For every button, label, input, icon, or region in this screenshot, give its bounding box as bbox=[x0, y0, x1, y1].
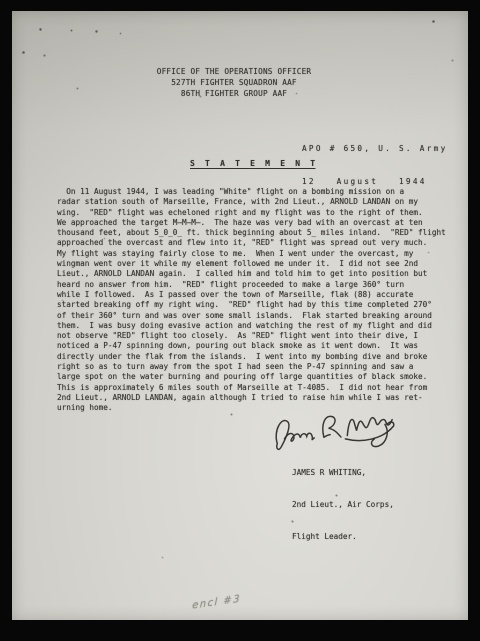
statement-line: directly under the flak from the islands… bbox=[57, 352, 442, 362]
letterhead: OFFICE OF THE OPERATIONS OFFICER527TH FI… bbox=[6, 66, 462, 99]
statement-line: wingman went over it while my element fo… bbox=[57, 259, 442, 269]
pencil-annotation: encl #3 bbox=[192, 593, 241, 611]
statement-line: large spot on the water burning and pour… bbox=[57, 372, 442, 382]
statement-line: not observe "RED" flight too closely. As… bbox=[57, 331, 442, 341]
statement-line: right so as to turn away from the spot I… bbox=[57, 362, 442, 372]
statement-line: Lieut., ARNOLD LANDAN again. I called hi… bbox=[57, 269, 442, 279]
letterhead-line: 527TH FIGHTER SQUADRON AAF bbox=[6, 77, 462, 88]
apo-line: APO # 650, U. S. Army bbox=[302, 143, 448, 154]
statement-line: them. I was busy doing evasive action an… bbox=[57, 321, 442, 331]
statement-line: We approached the target M̶M̶M̶. The haz… bbox=[57, 218, 442, 228]
statement-line: started breaking off my right wing. "RED… bbox=[57, 300, 442, 310]
statement-line: while I followed. As I passed over the t… bbox=[57, 290, 442, 300]
statement-line: My flight was staying fairly close to me… bbox=[57, 249, 442, 259]
date-line: 12 August 1944 bbox=[302, 176, 448, 187]
statement-body: On 11 August 1944, I was leading "White"… bbox=[57, 187, 442, 414]
signature-block: JAMES R WHITING, 2nd Lieut., Air Corps, … bbox=[292, 447, 394, 564]
statement-line: approached the overcast and flew into it… bbox=[57, 238, 442, 248]
statement-title: S T A T E M E N T bbox=[190, 159, 315, 168]
statement-line: heard no answer from him. "RED" flight p… bbox=[57, 280, 442, 290]
statement-line: of their 360° turn and was over some sma… bbox=[57, 311, 442, 321]
letterhead-line: 86TH FIGHTER GROUP AAF bbox=[6, 88, 462, 99]
statement-line: noticed a P-47 spinning down, pouring ou… bbox=[57, 341, 442, 351]
statement-line: wing. "RED" flight was echeloned right a… bbox=[57, 208, 442, 218]
statement-line: radar station south of Marseille, France… bbox=[57, 197, 442, 207]
scanned-document: { "document": { "letterhead": [ "OFFICE … bbox=[0, 0, 480, 641]
statement-line: thousand feet, about 5̲0̲0̲ ft. thick be… bbox=[57, 228, 442, 238]
scan-noise-specks bbox=[0, 0, 1, 1]
signature-typed-name: JAMES R WHITING, bbox=[292, 468, 394, 479]
statement-line: On 11 August 1944, I was leading "White"… bbox=[57, 187, 442, 197]
statement-line: This is approximately 6 miles south of M… bbox=[57, 383, 442, 393]
signature-rank: 2nd Lieut., Air Corps, bbox=[292, 500, 394, 511]
document-page: OFFICE OF THE OPERATIONS OFFICER527TH FI… bbox=[12, 11, 468, 620]
signature-role: Flight Leader. bbox=[292, 532, 394, 543]
letterhead-line: OFFICE OF THE OPERATIONS OFFICER bbox=[6, 66, 462, 77]
